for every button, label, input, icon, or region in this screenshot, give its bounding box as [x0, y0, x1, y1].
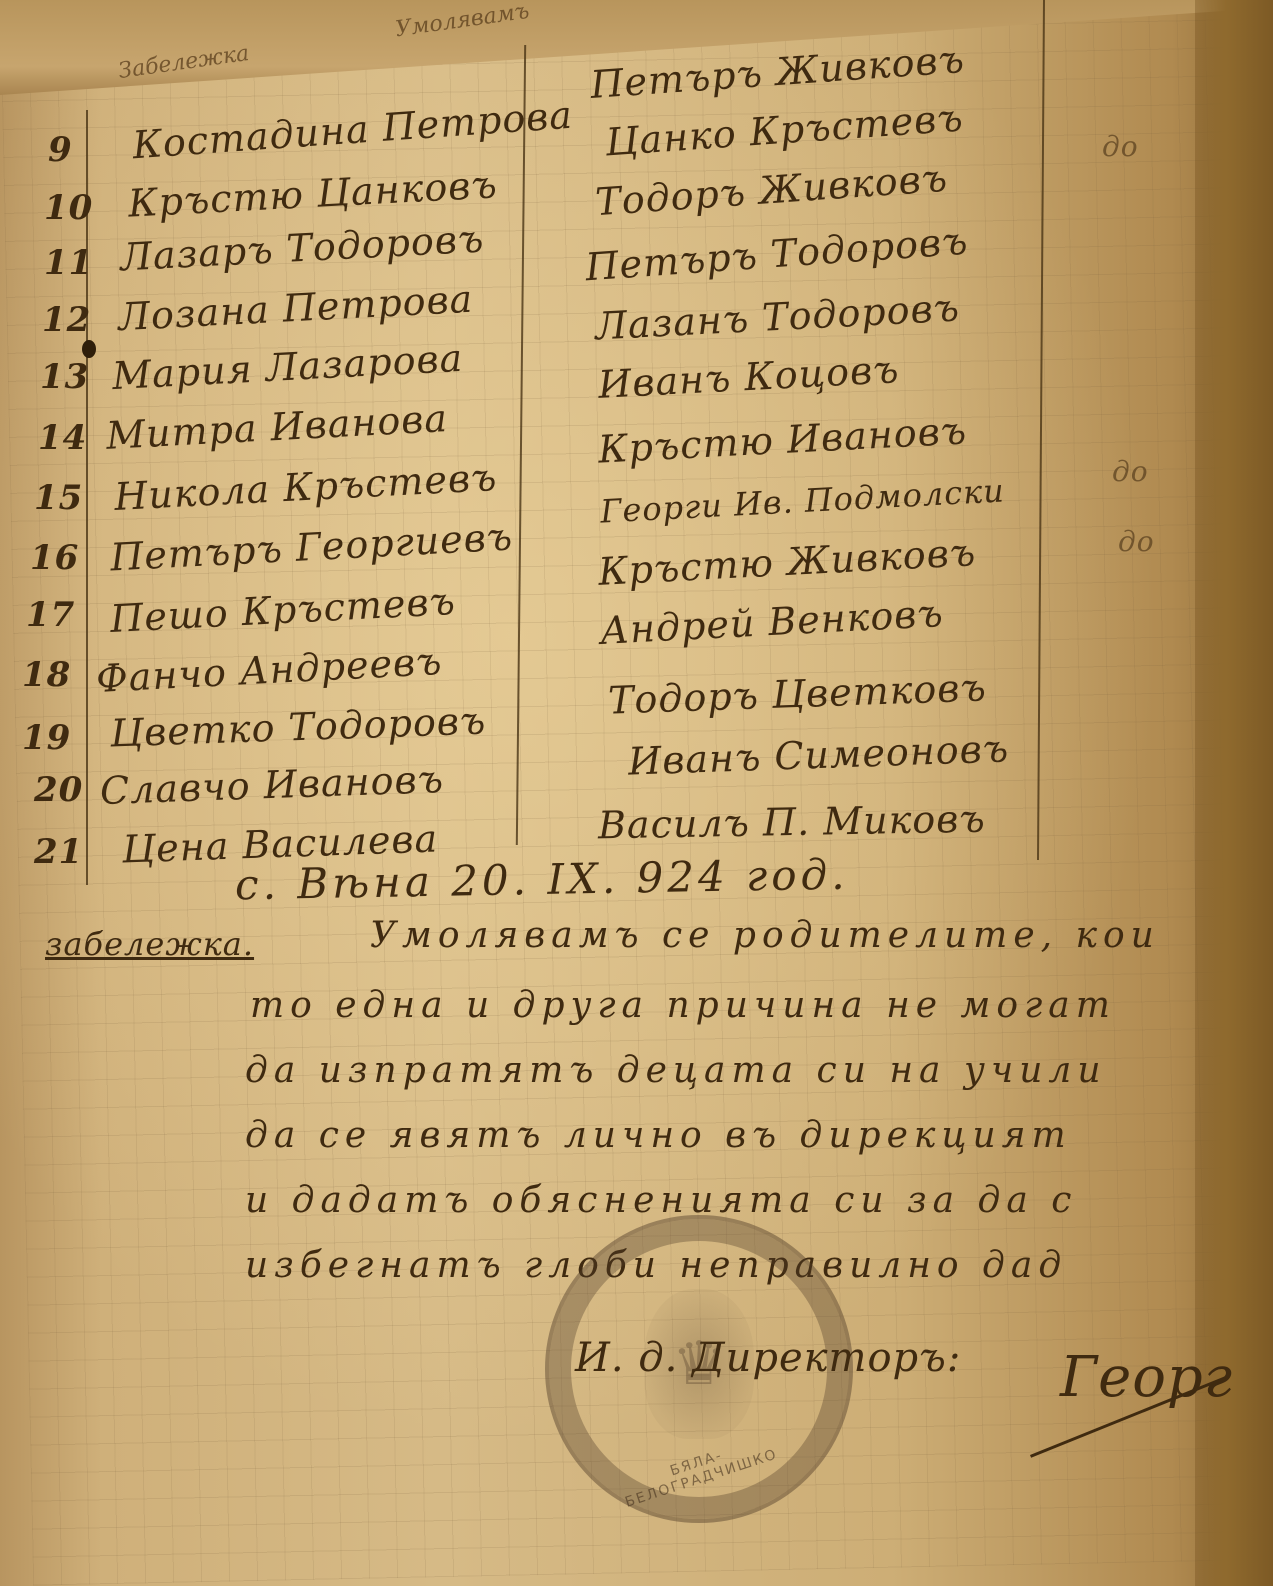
signature-title: И. д. Директоръ:: [575, 1335, 961, 1381]
document-page: Забележка Умолявамъ 9 Костадина Петрова …: [0, 0, 1273, 1586]
note-label: забележка.: [45, 925, 254, 963]
margin-note: до: [1118, 525, 1155, 558]
stamp-text: БЯЛА-БЕЛОГРАДЧИШКО: [608, 1428, 789, 1514]
row-number: 11: [44, 243, 93, 283]
ink-blot: [82, 340, 96, 358]
row-number: 19: [22, 718, 71, 758]
row-number: 16: [30, 538, 79, 578]
flap-word-center: Умолявамъ: [394, 0, 531, 42]
row-number: 10: [44, 188, 93, 228]
note-line: да изпратятъ децата си на учили: [245, 1050, 1107, 1091]
row-number: 9: [48, 130, 73, 170]
row-number: 15: [34, 478, 83, 518]
row-number: 17: [26, 595, 75, 635]
row-number: 20: [34, 770, 83, 810]
row-number: 12: [42, 300, 91, 340]
row-number: 14: [38, 418, 87, 458]
note-line: да се явятъ лично въ дирекцият: [245, 1115, 1072, 1156]
row-number: 18: [22, 655, 71, 695]
flap-word-left: Забележка: [117, 41, 251, 84]
margin-note: до: [1112, 455, 1149, 488]
row-number: 13: [40, 357, 89, 397]
margin-note: до: [1102, 130, 1139, 163]
parent-name: Василъ П. Миковъ: [598, 797, 986, 848]
note-line: и дадатъ обясненията си за да с: [245, 1180, 1077, 1221]
row-number: 21: [34, 832, 83, 872]
signature-name: Георг: [1060, 1345, 1233, 1410]
note-line: то една и друга причина не могат: [250, 985, 1116, 1026]
note-line: Умолявамъ се родителите, кои: [370, 915, 1160, 956]
